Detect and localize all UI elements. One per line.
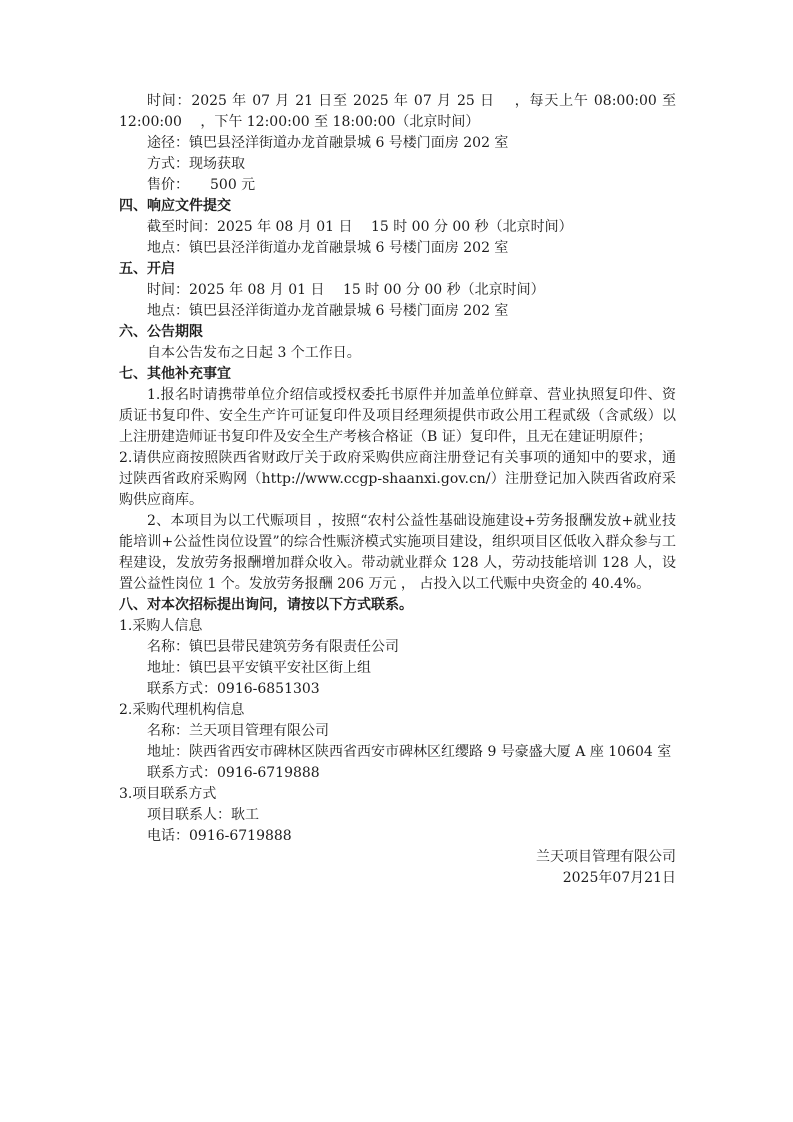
signature-block: 兰天项目管理有限公司 2025年07月21日 [119, 847, 676, 889]
detail-line: 途径：镇巴县泾洋街道办龙首融景城 6 号楼门面房 202 室 [119, 133, 676, 154]
detail-line: 方式：现场获取 [119, 154, 676, 175]
detail-line: 售价： 500 元 [119, 175, 676, 196]
list-label: 3.项目联系方式 [119, 784, 676, 805]
paragraph: 2.请供应商按照陕西省财政厅关于政府采购供应商注册登记有关事项的通知中的要求，通… [119, 448, 676, 511]
detail-line: 联系方式：0916-6851303 [119, 679, 676, 700]
detail-line: 联系方式：0916-6719888 [119, 763, 676, 784]
section-heading: 四、响应文件提交 [119, 196, 676, 217]
section-heading: 五、开启 [119, 259, 676, 280]
detail-line: 地点：镇巴县泾洋街道办龙首融景城 6 号楼门面房 202 室 [119, 301, 676, 322]
detail-line: 名称：镇巴县带民建筑劳务有限责任公司 [119, 637, 676, 658]
section-heading: 六、公告期限 [119, 322, 676, 343]
list-label: 2.采购代理机构信息 [119, 700, 676, 721]
section-heading: 七、其他补充事宜 [119, 364, 676, 385]
document-body: 时间：2025 年 07 月 21 日至 2025 年 07 月 25 日 ，每… [119, 91, 676, 889]
paragraph: 1.报名时请携带单位介绍信或授权委托书原件并加盖单位鲜章、营业执照复印件、资质证… [119, 385, 676, 448]
detail-line: 地址：陕西省西安市碑林区陕西省西安市碑林区红缨路 9 号豪盛大厦 A 座 106… [119, 742, 676, 763]
detail-line: 截至时间：2025 年 08 月 01 日 15 时 00 分 00 秒（北京时… [119, 217, 676, 238]
document-page: 时间：2025 年 07 月 21 日至 2025 年 07 月 25 日 ，每… [0, 0, 793, 1122]
detail-line: 项目联系人：耿工 [119, 805, 676, 826]
detail-line: 时间：2025 年 08 月 01 日 15 时 00 分 00 秒（北京时间） [119, 280, 676, 301]
detail-line: 自本公告发布之日起 3 个工作日。 [119, 343, 676, 364]
detail-line: 名称：兰天项目管理有限公司 [119, 721, 676, 742]
detail-line: 地点：镇巴县泾洋街道办龙首融景城 6 号楼门面房 202 室 [119, 238, 676, 259]
detail-line: 地址：镇巴县平安镇平安社区街上组 [119, 658, 676, 679]
signature-date: 2025年07月21日 [119, 868, 676, 889]
paragraph: 2、本项目为以工代赈项目 ，按照“农村公益性基础设施建设+劳务报酬发放+就业技能… [119, 511, 676, 595]
list-label: 1.采购人信息 [119, 616, 676, 637]
section-heading: 八、对本次招标提出询问，请按以下方式联系。 [119, 595, 676, 616]
signature-org: 兰天项目管理有限公司 [119, 847, 676, 868]
detail-line: 电话：0916-6719888 [119, 826, 676, 847]
paragraph: 时间：2025 年 07 月 21 日至 2025 年 07 月 25 日 ，每… [119, 91, 676, 133]
